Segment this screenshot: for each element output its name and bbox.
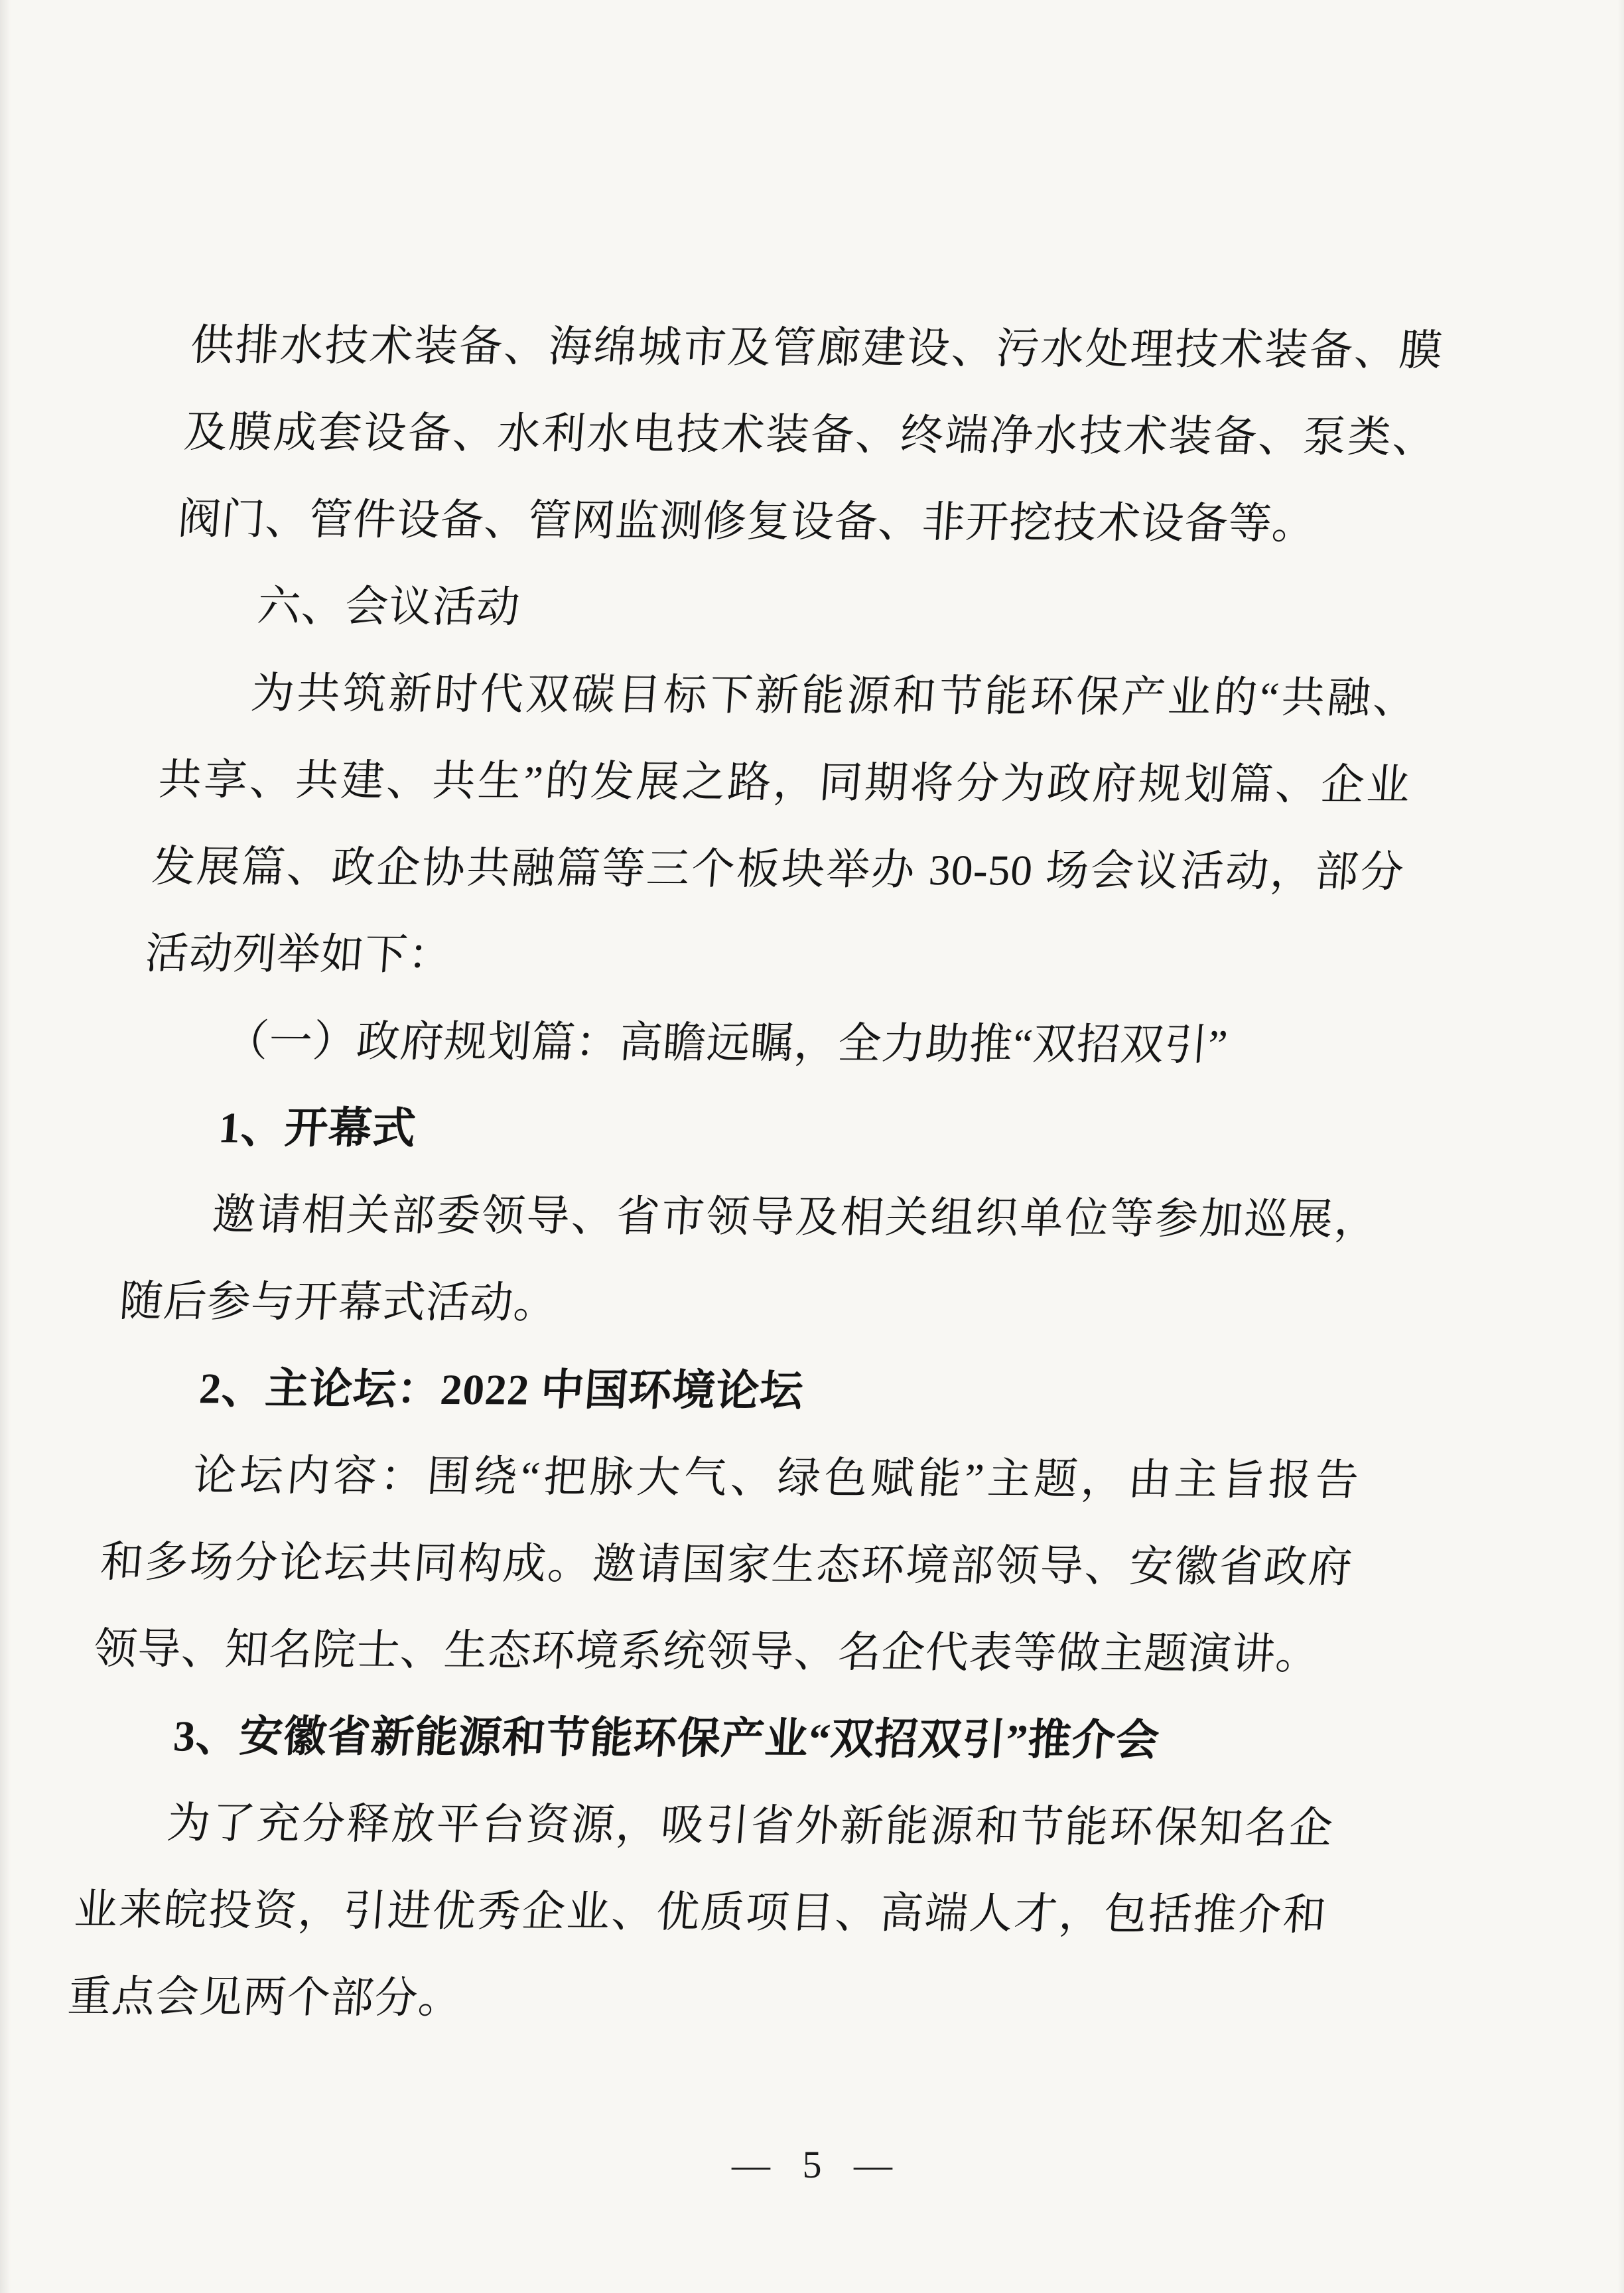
body-text-line: 阀门、管件设备、管网监测修复设备、非开挖技术设备等。 — [174, 476, 1433, 569]
body-text-line: 邀请相关部委领导、省市领导及相关组织单位等参加巡展， — [123, 1172, 1381, 1264]
body-text-line: 为共筑新时代双碳目标下新能源和节能环保产业的“共融、 — [162, 650, 1420, 742]
section-heading-six: 六、会议活动 — [168, 563, 1426, 656]
item-heading-promotion-conference: 3、安徽省新能源和节能环保产业“双招双引”推介会 — [84, 1693, 1343, 1785]
body-text-line: 发展篇、政企协共融篇等三个板块举办 30-50 场会议活动，部分 — [149, 824, 1407, 916]
page-footer: — 5 — — [0, 2135, 1624, 2195]
body-text-line: 论坛内容：围绕“把脉大气、绿色赋能”主题，由主旨报告 — [103, 1432, 1362, 1525]
body-text-line: 为了充分释放平台资源，吸引省外新能源和节能环保知名企 — [78, 1780, 1336, 1872]
body-text-line: 共享、共建、共生”的发展之路，同期将分为政府规划篇、企业 — [155, 737, 1414, 829]
body-text-line: 供排水技术装备、海绵城市及管廊建设、污水处理技术装备、膜 — [188, 303, 1446, 395]
page-number: — 5 — — [732, 2143, 892, 2186]
item-heading-main-forum: 2、主论坛：2022 中国环境论坛 — [110, 1346, 1369, 1438]
body-text-line: 随后参与开幕式活动。 — [117, 1259, 1375, 1351]
item-heading-opening-ceremony: 1、开幕式 — [129, 1085, 1388, 1177]
body-text-line: 领导、知名院士、生态环境系统领导、名企代表等做主题演讲。 — [91, 1606, 1349, 1699]
subsection-heading-gov-planning: （一）政府规划篇：高瞻远瞩，全力助推“双招双引” — [136, 998, 1394, 1090]
body-text-line: 及膜成套设备、水利水电技术装备、终端净水技术装备、泵类、 — [181, 389, 1440, 482]
scanned-document-page: 供排水技术装备、海绵城市及管廊建设、污水处理技术装备、膜 及膜成套设备、水利水电… — [0, 0, 1624, 2293]
body-text-line: 业来皖投资，引进优秀企业、优质项目、高端人才，包括推介和 — [71, 1867, 1329, 1959]
body-text-line: 重点会见两个部分。 — [65, 1954, 1323, 2046]
body-text-line: 活动列举如下： — [142, 911, 1400, 1003]
document-text: 供排水技术装备、海绵城市及管廊建设、污水处理技术装备、膜 及膜成套设备、水利水电… — [65, 303, 1446, 2046]
body-text-line: 和多场分论坛共同构成。邀请国家生态环境部领导、安徽省政府 — [97, 1519, 1355, 1612]
